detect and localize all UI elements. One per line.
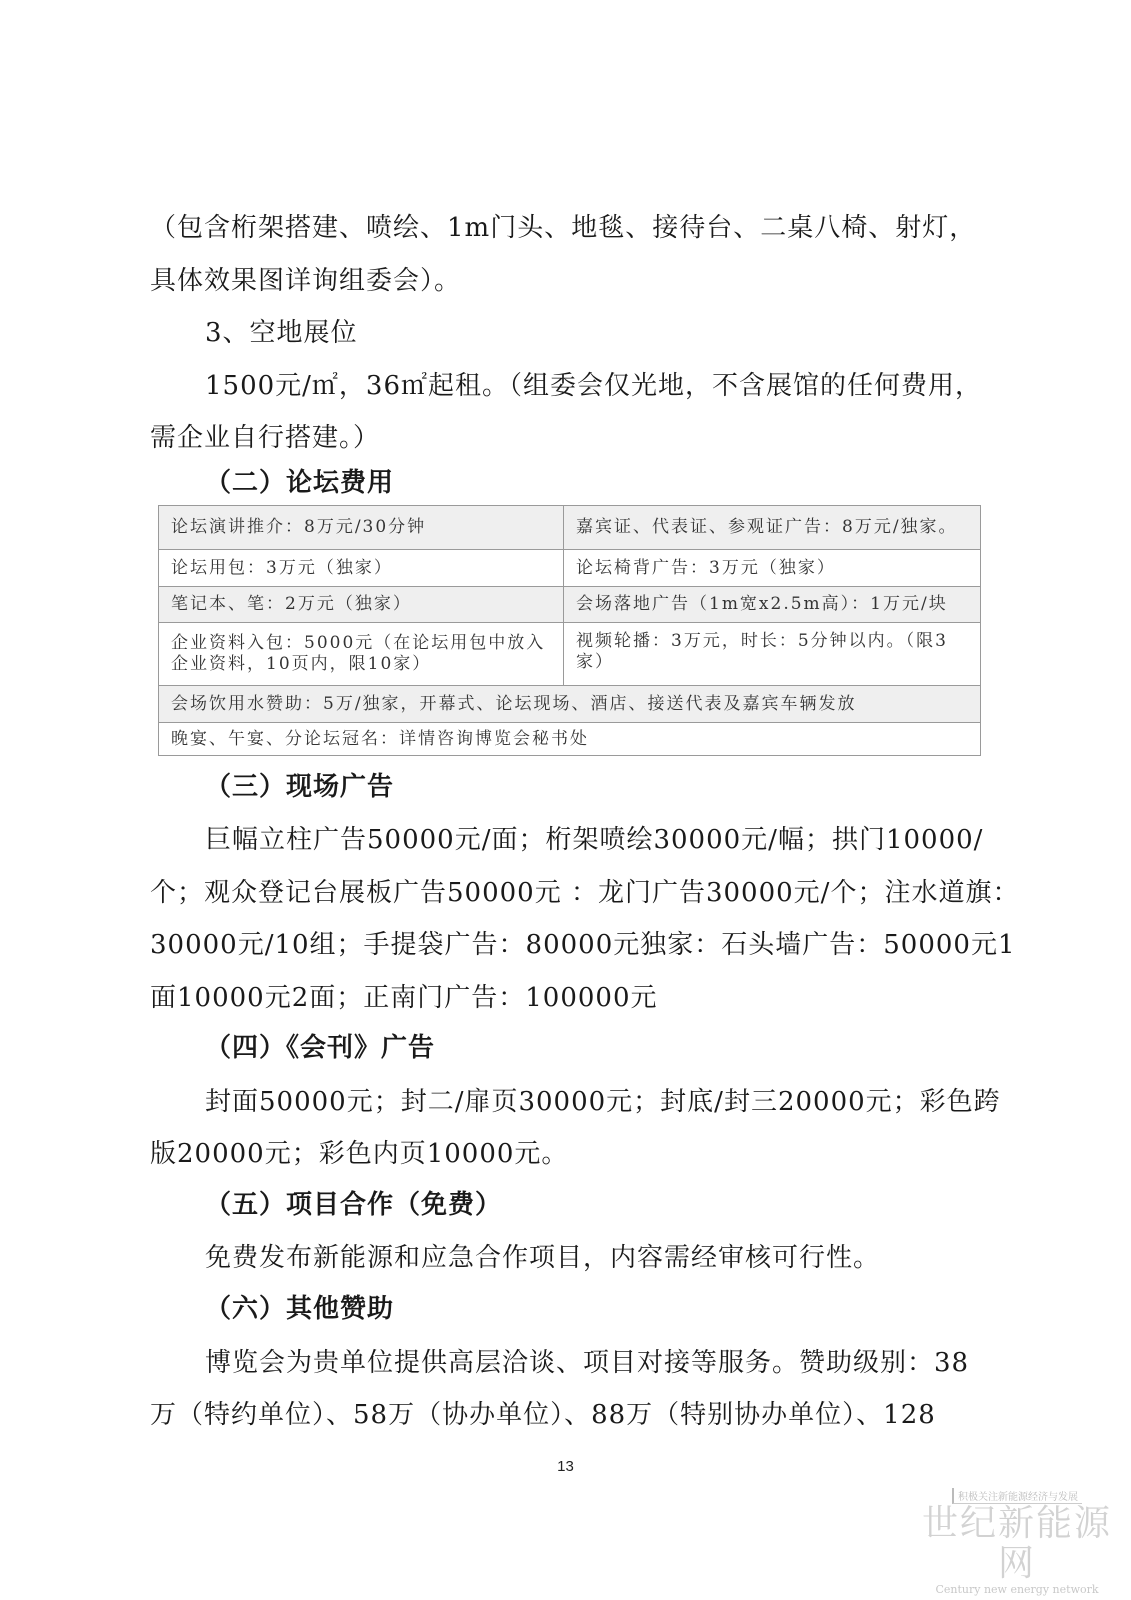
journal-ads-line-1: 封面50000元；封二/扉页30000元；封底/封三20000元；彩色跨	[205, 1087, 1001, 1117]
other-sponsorship-line-1: 博览会为贵单位提供高层洽谈、项目对接等服务。赞助级别：38	[205, 1348, 969, 1378]
table-cell: 会场饮用水赞助：5万/独家，开幕式、论坛现场、酒店、接送代表及嘉宾车辆发放	[159, 686, 981, 723]
onsite-ads-line-3: 30000元/10组；手提袋广告：80000元独家：石头墙广告：50000元1	[150, 930, 1016, 960]
table-cell: 视频轮播：3万元，时长：5分钟以内。（限3家）	[564, 623, 981, 686]
table-row: 论坛用包：3万元（独家） 论坛椅背广告：3万元（独家）	[159, 550, 981, 587]
table-cell: 笔记本、笔：2万元（独家）	[159, 587, 564, 623]
space-booth-title: 3、空地展位	[205, 318, 358, 348]
table-cell: 论坛用包：3万元（独家）	[159, 550, 564, 587]
table-row: 笔记本、笔：2万元（独家） 会场落地广告（1m宽x2.5m高）：1万元/块	[159, 587, 981, 623]
watermark-tagline: 积极关注新能源经济与发展	[952, 1488, 1082, 1504]
table-cell: 晚宴、午宴、分论坛冠名：详情咨询博览会秘书处	[159, 723, 981, 756]
onsite-ads-line-1: 巨幅立柱广告50000元/面；桁架喷绘30000元/幅；拱门10000/	[205, 825, 983, 855]
other-sponsorship-line-2: 万（特约单位）、58万（协办单位）、88万（特别协办单位）、128	[150, 1400, 936, 1430]
page-number: 13	[0, 1458, 1131, 1475]
projects-line-1: 免费发布新能源和应急合作项目，内容需经审核可行性。	[205, 1243, 880, 1273]
section-heading-other-sponsorship: （六）其他赞助	[205, 1294, 394, 1324]
section-heading-forum-fees: （二）论坛费用	[205, 468, 394, 498]
table-cell: 论坛演讲推介：8万元/30分钟	[159, 506, 564, 550]
forum-fees-table: 论坛演讲推介：8万元/30分钟 嘉宾证、代表证、参观证广告：8万元/独家。 论坛…	[158, 505, 981, 756]
watermark-name: 世纪新能源网	[917, 1504, 1117, 1584]
table-row: 晚宴、午宴、分论坛冠名：详情咨询博览会秘书处	[159, 723, 981, 756]
space-booth-line-1: 1500元/㎡，36㎡起租。（组委会仅光地，不含展馆的任何费用，	[205, 371, 982, 401]
booth-includes-line-2: 具体效果图详询组委会）。	[150, 266, 461, 296]
table-row: 会场饮用水赞助：5万/独家，开幕式、论坛现场、酒店、接送代表及嘉宾车辆发放	[159, 686, 981, 723]
section-heading-projects: （五）项目合作（免费）	[205, 1190, 502, 1220]
watermark-logo: 积极关注新能源经济与发展 世纪新能源网 Century new energy n…	[917, 1485, 1117, 1596]
table-cell: 企业资料入包：5000元（在论坛用包中放入企业资料，10页内，限10家）	[159, 623, 564, 686]
journal-ads-line-2: 版20000元；彩色内页10000元。	[150, 1139, 568, 1169]
space-booth-line-2: 需企业自行搭建。）	[150, 423, 380, 453]
section-heading-onsite-ads: （三）现场广告	[205, 772, 394, 802]
watermark-english: Century new energy network	[917, 1584, 1117, 1596]
table-cell: 会场落地广告（1m宽x2.5m高）：1万元/块	[564, 587, 981, 623]
table-row: 企业资料入包：5000元（在论坛用包中放入企业资料，10页内，限10家） 视频轮…	[159, 623, 981, 686]
table-cell: 论坛椅背广告：3万元（独家）	[564, 550, 981, 587]
onsite-ads-line-4: 面10000元2面；正南门广告：100000元	[150, 983, 658, 1013]
onsite-ads-line-2: 个；观众登记台展板广告50000元 ：龙门广告30000元/个；注水道旗：	[150, 878, 1019, 908]
booth-includes-line-1: （包含桁架搭建、喷绘、1m门头、地毯、接待台、二桌八椅、射灯，	[150, 213, 976, 243]
table-row: 论坛演讲推介：8万元/30分钟 嘉宾证、代表证、参观证广告：8万元/独家。	[159, 506, 981, 550]
table-cell: 嘉宾证、代表证、参观证广告：8万元/独家。	[564, 506, 981, 550]
section-heading-journal-ads: （四）《会刊》广告	[205, 1033, 435, 1063]
